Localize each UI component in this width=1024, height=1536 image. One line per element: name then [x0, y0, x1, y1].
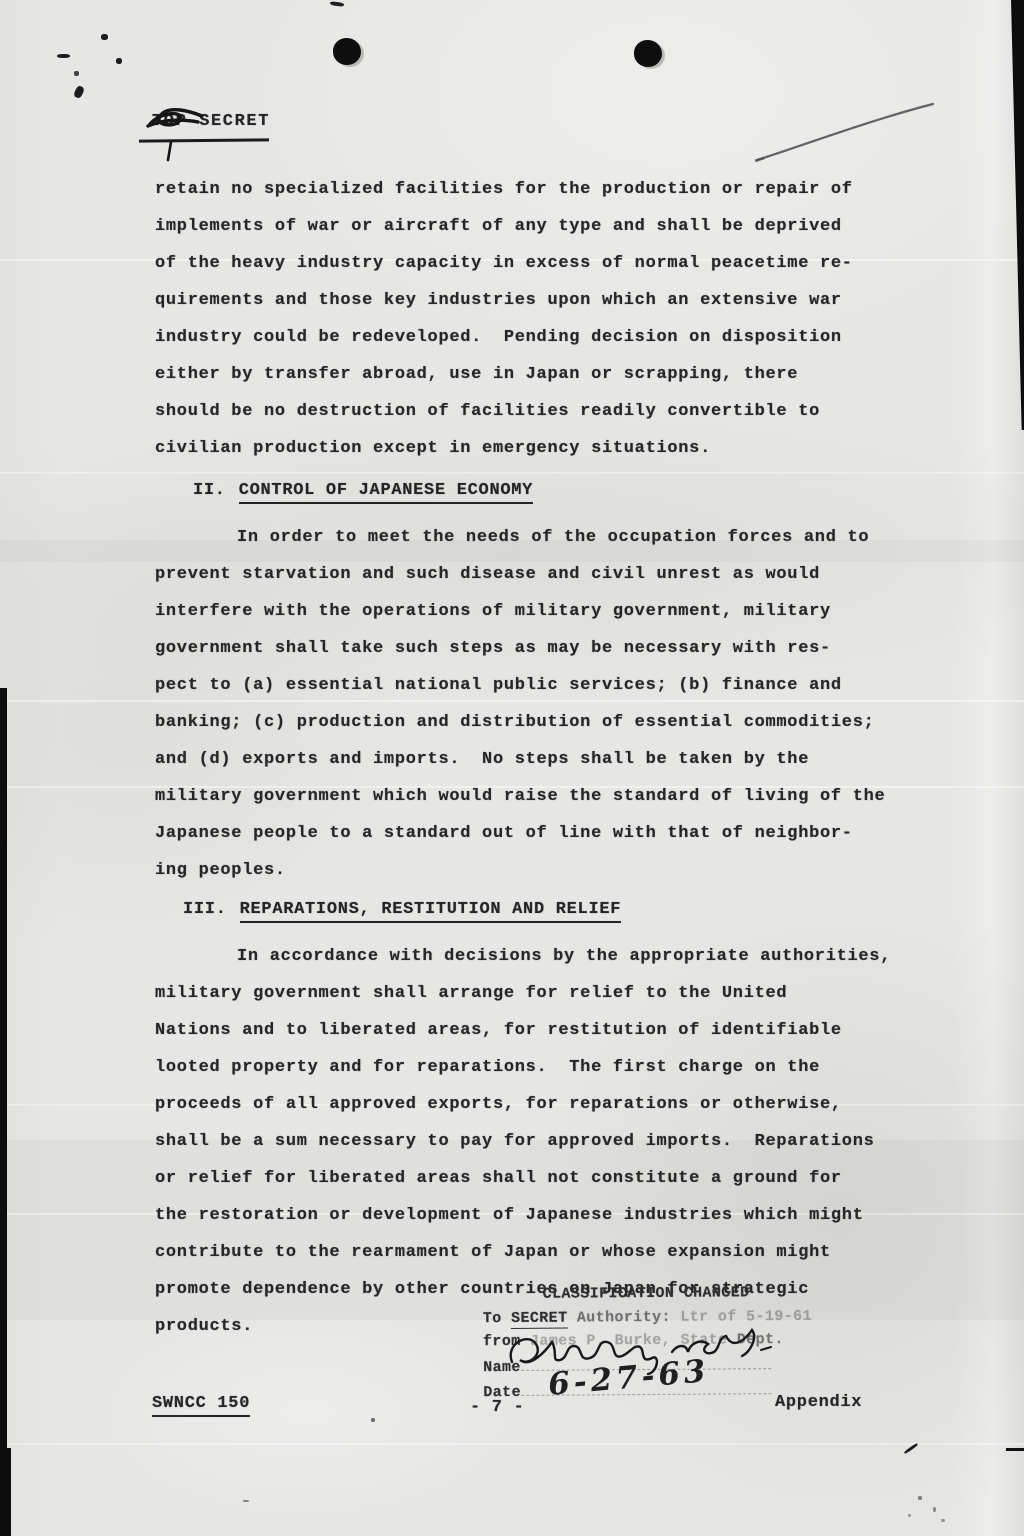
stamp-title: CLASSIFICATION CHANGED	[543, 1281, 813, 1306]
section-number: III.	[183, 900, 227, 919]
ink-speck	[918, 1496, 922, 1500]
ink-speck	[57, 54, 70, 58]
section-number: II.	[193, 481, 226, 500]
hole-punch-right	[634, 40, 662, 67]
scan-edge-mark-right	[1006, 1448, 1024, 1451]
scan-edge-left	[0, 688, 7, 1450]
scan-edge-right	[1011, 0, 1024, 430]
ink-speck	[101, 34, 108, 40]
paragraph-control-economy: In order to meet the needs of the occupa…	[155, 519, 955, 889]
section-title: CONTROL OF JAPANESE ECONOMY	[239, 481, 533, 504]
ink-speck	[74, 71, 79, 76]
section-heading-ii: II.CONTROL OF JAPANESE ECONOMY	[193, 481, 533, 500]
document-page: TOP SECRET retain no specialized facilit…	[0, 0, 1024, 1536]
ink-speck	[908, 1514, 911, 1517]
scan-streak	[0, 1443, 1024, 1445]
footer-page-number: - 7 -	[470, 1398, 525, 1417]
paragraph-continuation: retain no specialized facilities for the…	[155, 171, 955, 467]
ink-speck	[330, 1, 344, 7]
top-strikethrough-scribble	[146, 108, 216, 168]
ink-speck	[116, 58, 122, 64]
scan-edge-left-bottom	[0, 1448, 11, 1536]
section-title: REPARATIONS, RESTITUTION AND RELIEF	[240, 900, 622, 923]
ink-speck	[933, 1507, 936, 1512]
ink-speck	[243, 1500, 249, 1502]
footer-document-number: SWNCC 150	[152, 1394, 250, 1413]
scan-streak	[0, 472, 1024, 474]
section-heading-iii: III.REPARATIONS, RESTITUTION AND RELIEF	[183, 900, 621, 919]
footer-appendix-label: Appendix	[775, 1393, 862, 1412]
ink-speck	[371, 1418, 375, 1422]
hole-punch-left	[333, 38, 361, 65]
pencil-stroke-top-right	[750, 98, 950, 168]
ink-speck	[73, 85, 85, 99]
ink-speck	[941, 1519, 945, 1522]
